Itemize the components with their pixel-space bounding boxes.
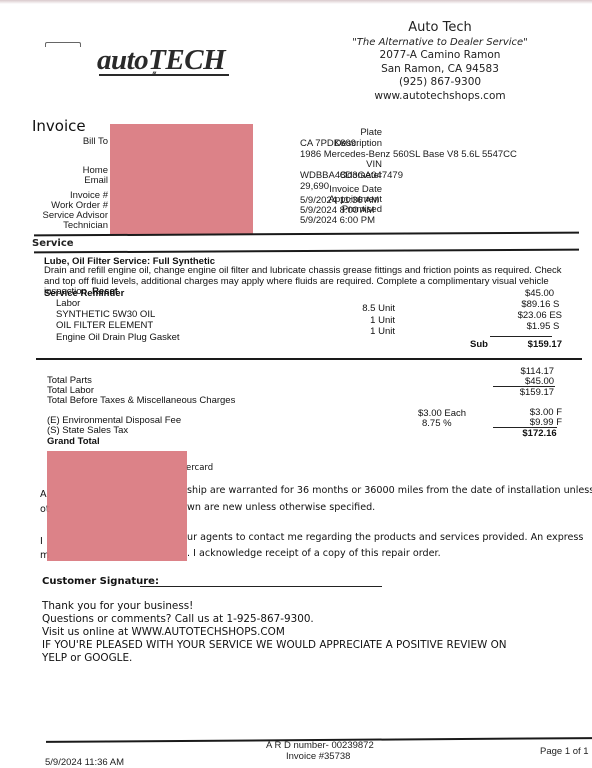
amount-oil: $89.16 S — [470, 299, 562, 310]
amount-gasket: $1.95 S — [470, 321, 562, 332]
signature-line[interactable] — [140, 586, 382, 587]
technician-label: Technician — [20, 221, 108, 232]
totals-divider — [36, 358, 582, 360]
thanks-line-5: YELP or GOOGLE. — [42, 652, 507, 665]
plate-label: Plate — [300, 128, 382, 139]
shop-phone: (925) 867-9300 — [345, 76, 535, 90]
grand-total-amount: $172.16 — [470, 428, 562, 439]
shop-website: www.autotechshops.com — [345, 90, 535, 104]
before-tax-label: Total Before Taxes & Miscellaneous Charg… — [47, 395, 235, 406]
paper-edge — [0, 0, 592, 4]
email-label: Email — [20, 176, 108, 187]
thank-you-block: Thank you for your business! Questions o… — [42, 600, 507, 665]
qty-filter: 1 Unit — [350, 315, 395, 326]
promised-label: Promised — [300, 205, 382, 216]
page-number: Page 1 of 1 — [540, 746, 589, 757]
logo-underline — [99, 74, 229, 76]
thanks-line-3: Visit us online at WWW.AUTOTECHSHOPS.COM — [42, 626, 507, 639]
qty-oil: 8.5 Unit — [350, 303, 395, 314]
payment-method-fragment: ercard — [186, 462, 592, 475]
redacted-customer-info — [110, 124, 253, 234]
invoice-title: Invoice — [32, 117, 86, 135]
promised-row: Promised5/9/2024 6:00 PM — [300, 205, 592, 226]
shop-info: Auto Tech "The Alternative to Dealer Ser… — [345, 20, 535, 103]
footer-invoice-number: Invoice #35738 — [286, 751, 350, 762]
grand-total-label: Grand Total — [47, 436, 100, 447]
shop-address-1: 2077-A Camino Ramon — [345, 49, 535, 63]
shop-tagline: "The Alternative to Dealer Service" — [345, 36, 535, 49]
sales-tax-rate: 8.75 % — [422, 418, 452, 429]
logo-hatch-icon: ///// — [152, 72, 155, 78]
vin-label: VIN — [300, 160, 382, 171]
service-section-title: Service — [32, 238, 74, 249]
line-item-labor: Labor — [56, 298, 80, 309]
thanks-line-2: Questions or comments? Call us at 1-925-… — [42, 613, 507, 626]
thanks-line-4: IF YOU'RE PLEASED WITH YOUR SERVICE WE W… — [42, 639, 507, 652]
thanks-line-1: Thank you for your business! — [42, 600, 507, 613]
subtotal-rule — [490, 336, 552, 337]
redacted-legal-text — [47, 451, 187, 561]
ard-number: A R D number- 00239872 — [266, 740, 374, 751]
service-divider — [34, 249, 579, 254]
promised-value: 5/9/2024 6:00 PM — [300, 216, 520, 227]
vehicle-description-row: Description1986 Mercedes-Benz 560SL Base… — [300, 139, 592, 160]
odometer-label: Odometer — [300, 171, 382, 182]
company-logo: autoTECH — [97, 44, 225, 77]
line-item-oil: SYNTHETIC 5W30 OIL — [56, 309, 155, 320]
amount-filter: $23.06 ES — [470, 310, 562, 321]
description-label: Description — [300, 139, 382, 150]
staple-mark — [45, 42, 81, 47]
shop-name: Auto Tech — [345, 20, 535, 36]
line-item-gasket: Engine Oil Drain Plug Gasket — [56, 332, 180, 343]
sales-tax-label: (S) State Sales Tax — [47, 425, 128, 436]
amount-labor: $45.00 — [470, 288, 562, 299]
description-value: 1986 Mercedes-Benz 560SL Base V8 5.6L 55… — [300, 150, 520, 161]
qty-gasket: 1 Unit — [350, 326, 395, 337]
before-tax-amount: $159.17 — [470, 387, 562, 398]
line-item-filter: OIL FILTER ELEMENT — [56, 320, 153, 331]
subtotal-amount: $159.17 — [470, 339, 562, 350]
shop-address-2: San Ramon, CA 94583 — [345, 63, 535, 77]
bill-to-label: Bill To — [20, 137, 108, 148]
print-timestamp: 5/9/2024 11:36 AM — [45, 757, 124, 768]
